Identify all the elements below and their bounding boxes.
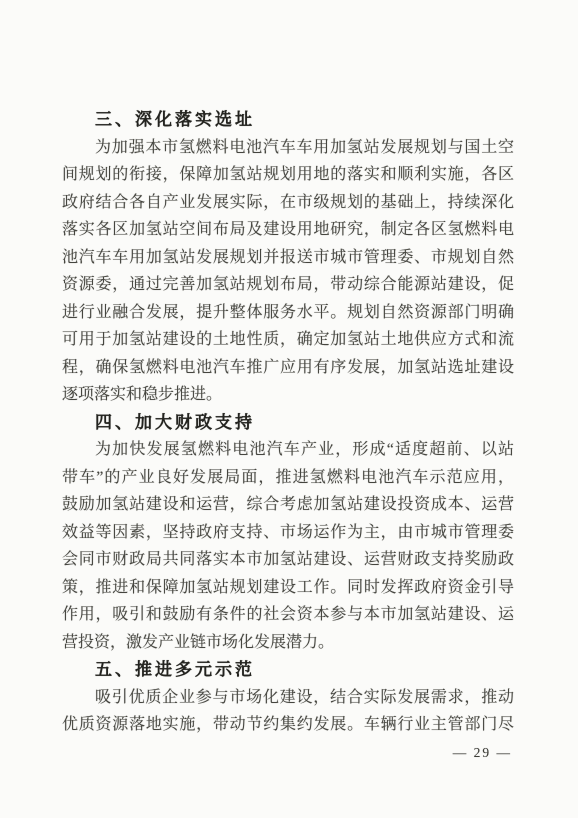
text-line: 为加快发展氢燃料电池汽车产业，形成“适度超前、以站 <box>62 436 514 464</box>
text-line: 可用于加氢站建设的土地性质，确定加氢站土地供应方式和流 <box>62 326 514 354</box>
text-line: 优质资源落地实施，带动节约集约发展。车辆行业主管部门尽 <box>62 711 514 739</box>
page-number: — 29 — <box>453 745 512 761</box>
document-body: 三、深化落实选址 为加强本市氢燃料电池汽车车用加氢站发展规划与国土空 间规划的衔… <box>62 106 514 739</box>
text-line: 逐项落实和稳步推进。 <box>62 381 514 409</box>
text-line: 政府结合各自产业发展实际，在市级规划的基础上，持续深化 <box>62 189 514 217</box>
section-heading-site-selection: 三、深化落实选址 <box>62 106 514 134</box>
text-line: 策，推进和保障加氢站规划建设工作。同时发挥政府资金引导 <box>62 574 514 602</box>
text-line: 间规划的衔接，保障加氢站规划用地的落实和顺利实施，各区 <box>62 161 514 189</box>
text-line: 进行业融合发展，提升整体服务水平。规划自然资源部门明确 <box>62 299 514 327</box>
text-line: 鼓励加氢站建设和运营，综合考虑加氢站建设投资成本、运营 <box>62 491 514 519</box>
text-line: 落实各区加氢站空间布局及建设用地研究，制定各区氢燃料电 <box>62 216 514 244</box>
text-line: 为加强本市氢燃料电池汽车车用加氢站发展规划与国土空 <box>62 134 514 162</box>
section-heading-fiscal-support: 四、加大财政支持 <box>62 409 514 437</box>
text-line: 作用，吸引和鼓励有条件的社会资本参与本市加氢站建设、运 <box>62 601 514 629</box>
text-line: 效益等因素，坚持政府支持、市场运作为主，由市城市管理委 <box>62 519 514 547</box>
text-line: 吸引优质企业参与市场化建设，结合实际发展需求，推动 <box>62 684 514 712</box>
scanned-document-page: 三、深化落实选址 为加强本市氢燃料电池汽车车用加氢站发展规划与国土空 间规划的衔… <box>0 0 578 818</box>
text-line: 资源委，通过完善加氢站规划布局，带动综合能源站建设，促 <box>62 271 514 299</box>
text-line: 池汽车车用加氢站发展规划并报送市城市管理委、市规划自然 <box>62 244 514 272</box>
text-line: 带车”的产业良好发展局面，推进氢燃料电池汽车示范应用， <box>62 464 514 492</box>
section-heading-diverse-demonstration: 五、推进多元示范 <box>62 656 514 684</box>
text-line: 程，确保氢燃料电池汽车推广应用有序发展，加氢站选址建设 <box>62 354 514 382</box>
text-line: 会同市财政局共同落实本市加氢站建设、运营财政支持奖励政 <box>62 546 514 574</box>
text-line: 营投资，激发产业链市场化发展潜力。 <box>62 629 514 657</box>
